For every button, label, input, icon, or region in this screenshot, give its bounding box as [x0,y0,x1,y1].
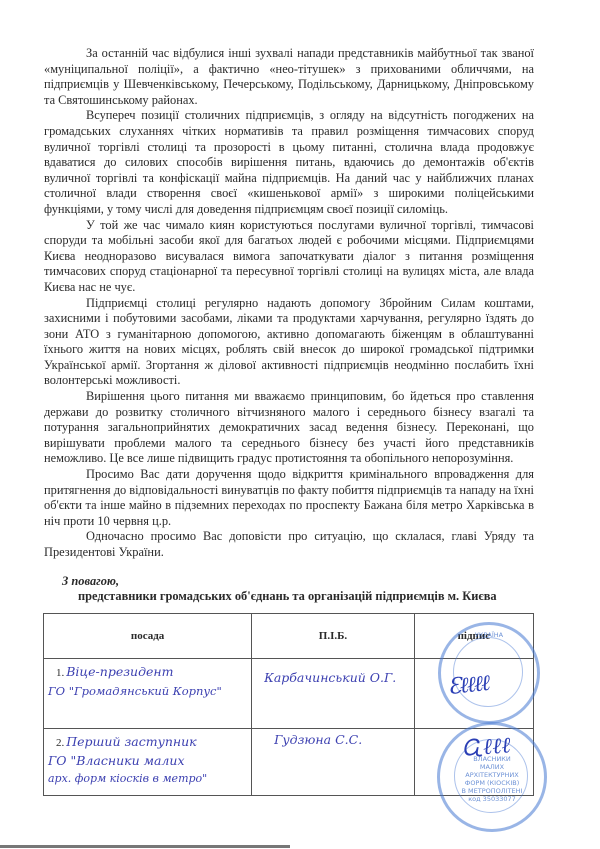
stamp-text: ВЛАСНИКИ МАЛИХ АРХІТЕКТУРНИХ ФОРМ (КІОСК… [440,755,544,803]
paragraph: Одночасно просимо Вас доповісти про ситу… [44,529,534,560]
stamp-text: УКРАЇНА [441,631,537,639]
letter-body: За останній час відбулися інші зухвалі н… [44,46,534,561]
paragraph: Вирішення цього питання ми вважаємо прин… [44,389,534,467]
position-line: Віце-президент [66,664,173,679]
scan-edge-line [0,845,290,848]
position-line: Перший заступник [66,734,196,749]
signature-mark: Ꮹℓℓℓ [461,732,511,761]
row-number: 1. [56,667,64,679]
person-name: Гудзюна С.С. [274,732,362,747]
position-cell: 2.Перший заступник ГО "Власники малих ар… [44,729,252,796]
position-cell: 1.Віце-президент ГО "Громадянський Корпу… [44,659,252,729]
paragraph: Всупереч позиції столичних підприємців, … [44,108,534,217]
position-line: арх. форм кіосків в метро" [48,772,207,785]
signature-mark: Ɛℓℓℓℓ [447,670,490,700]
document-page: За останній час відбулися інші зухвалі н… [0,0,600,849]
header-position: посада [44,614,252,659]
paragraph: Підприємці столиці регулярно надають доп… [44,296,534,390]
paragraph: У той же час чимало киян користуються по… [44,218,534,296]
name-cell: Карбачинський О.Г. [252,659,415,729]
position-line: ГО "Власники малих [48,753,185,768]
name-cell: Гудзюна С.С. [252,729,415,796]
header-name: П.І.Б. [252,614,415,659]
closing-salutation: З повагою, [62,574,119,589]
person-name: Карбачинський О.Г. [264,670,396,685]
position-line: ГО "Громадянський Корпус" [48,684,222,698]
row-number: 2. [56,737,64,749]
paragraph: За останній час відбулися інші зухвалі н… [44,46,534,108]
paragraph: Просимо Вас дати доручення щодо відкритт… [44,467,534,529]
signatory-line: представники громадських об'єднань та ор… [78,589,497,604]
